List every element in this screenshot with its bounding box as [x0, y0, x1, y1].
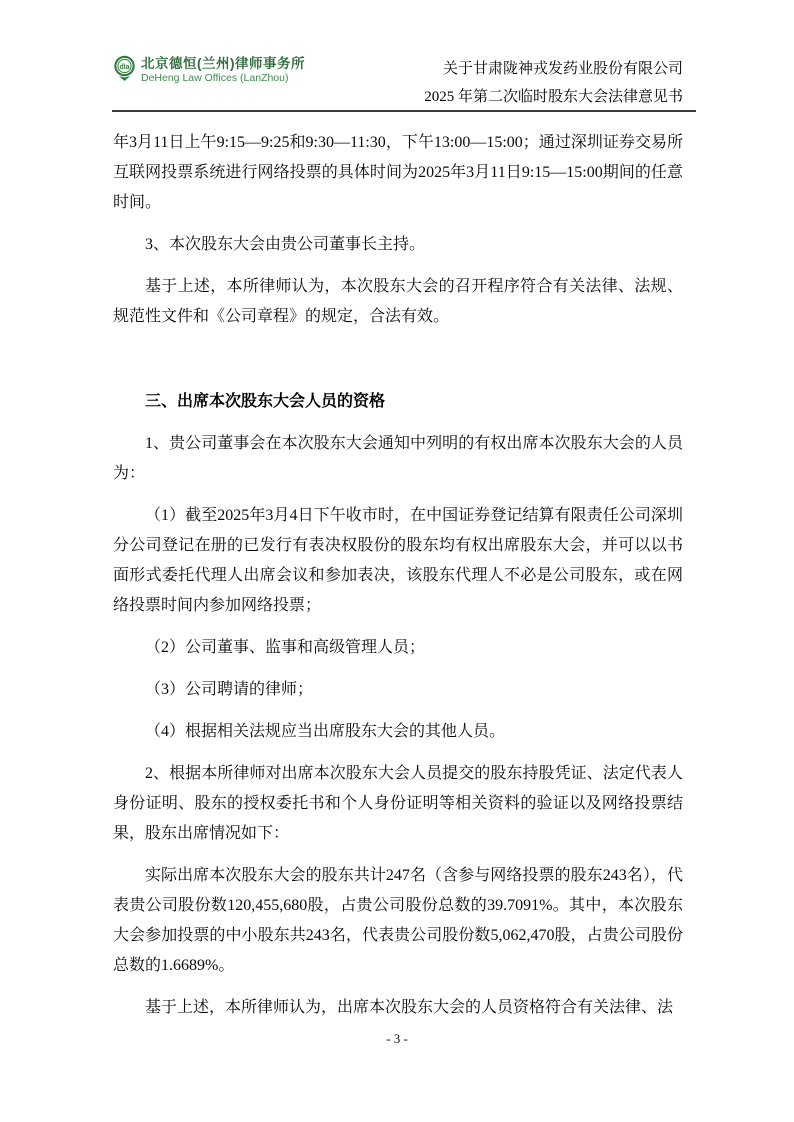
paragraph-verification-basis: 2、根据本所律师对出席本次股东大会人员提交的股东持股凭证、法定代表人身份证明、股…: [113, 759, 683, 849]
law-firm-identity: dla 北京德恒(兰州)律师事务所 DeHeng Law Offices (La…: [113, 53, 305, 85]
law-firm-names: 北京德恒(兰州)律师事务所 DeHeng Law Offices (LanZho…: [141, 55, 305, 85]
law-firm-name-chinese: 北京德恒(兰州)律师事务所: [141, 55, 305, 72]
paragraph-qualification-conclusion: 基于上述，本所律师认为，出席本次股东大会的人员资格符合有关法律、法: [113, 993, 683, 1023]
document-page: dla 北京德恒(兰州)律师事务所 DeHeng Law Offices (La…: [0, 0, 794, 1122]
deheng-seal-icon: dla: [113, 55, 136, 82]
paragraph-attendance-statistics: 实际出席本次股东大会的股东共计247名（含参与网络投票的股东243名），代表贵公…: [113, 861, 683, 981]
document-title: 关于甘肃陇神戎发药业股份有限公司 2025 年第二次临时股东大会法律意见书: [424, 53, 683, 111]
section-heading-attendee-qualification: 三、出席本次股东大会人员的资格: [113, 387, 683, 417]
document-title-line2: 2025 年第二次临时股东大会法律意见书: [424, 83, 683, 111]
law-firm-name-english: DeHeng Law Offices (LanZhou): [141, 72, 305, 85]
page-number: - 3 -: [0, 1030, 794, 1048]
document-body: 年3月11日上午9:15—9:25和9:30—11:30，下午13:00—15:…: [113, 112, 683, 1023]
document-title-line1: 关于甘肃陇神戎发药业股份有限公司: [424, 55, 683, 83]
paragraph-voting-time-continuation: 年3月11日上午9:15—9:25和9:30—11:30，下午13:00—15:…: [113, 128, 683, 218]
paragraph-eligible-attendees-intro: 1、贵公司董事会在本次股东大会通知中列明的有权出席本次股东大会的人员为：: [113, 429, 683, 489]
paragraph-item-3-lawyers: （3）公司聘请的律师；: [113, 675, 683, 705]
paragraph-item-4-other-persons: （4）根据相关法规应当出席股东大会的其他人员。: [113, 717, 683, 747]
paragraph-item-2-directors-supervisors: （2）公司董事、监事和高级管理人员；: [113, 633, 683, 663]
page-header: dla 北京德恒(兰州)律师事务所 DeHeng Law Offices (La…: [113, 53, 683, 110]
paragraph-convening-conclusion: 基于上述，本所律师认为，本次股东大会的召开程序符合有关法律、法规、规范性文件和《…: [113, 272, 683, 332]
paragraph-item-1-registered-shareholders: （1）截至2025年3月4日下午收市时，在中国证券登记结算有限责任公司深圳分公司…: [113, 501, 683, 621]
paragraph-meeting-chair: 3、本次股东大会由贵公司董事长主持。: [113, 230, 683, 260]
svg-text:dla: dla: [119, 64, 129, 71]
